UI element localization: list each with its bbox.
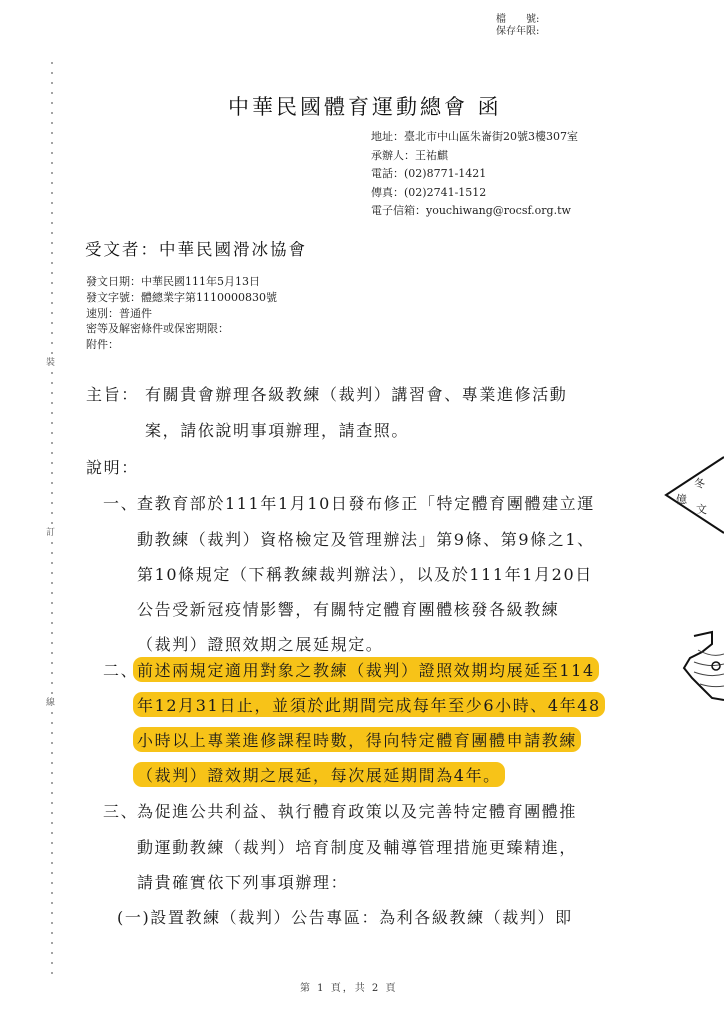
subject-line-2: 案，請依說明事項辦理，請查照。 bbox=[145, 418, 409, 441]
sub-item-one: (一)設置教練（裁判）公告專區：為利各級教練（裁判）即 bbox=[117, 905, 573, 928]
svg-text:億: 億 bbox=[676, 492, 688, 506]
issue-date: 發文日期：中華民國111年5月13日 bbox=[86, 274, 277, 290]
security-level: 密等及解密條件或保密期限： bbox=[86, 321, 277, 337]
item-one-line: 查教育部於111年1月10日發布修正「特定體育團體建立運 bbox=[137, 491, 595, 514]
document-number: 發文字號：體總業字第1110000830號 bbox=[86, 290, 277, 306]
item-one-marker: 一、 bbox=[103, 491, 138, 514]
address: 地址：臺北市中山區朱崙街20號3樓307室 bbox=[371, 128, 578, 147]
item-two-highlighted-line: 小時以上專業進修課程時數，得向特定體育團體申請教練 bbox=[133, 727, 581, 752]
item-three-line: 動運動教練（裁判）培育制度及輔導管理措施更臻精進， bbox=[137, 835, 577, 858]
margin-label-bind: 訂 bbox=[46, 524, 55, 539]
item-three-marker: 三、 bbox=[103, 799, 138, 822]
binding-margin-dots bbox=[51, 58, 53, 978]
item-two-highlighted-line: 前述兩規定適用對象之教練（裁判）證照效期均展延至114 bbox=[133, 657, 599, 682]
subject-label: 主旨： bbox=[86, 382, 139, 405]
fax: 傳真：(02)2741-1512 bbox=[371, 184, 578, 203]
retention-period-label: 保存年限: bbox=[496, 26, 539, 38]
svg-text:冬: 冬 bbox=[694, 476, 705, 490]
attachment: 附件： bbox=[86, 337, 277, 353]
item-one-line: （裁判）證照效期之展延規定。 bbox=[137, 632, 383, 655]
delivery-speed: 速別：普通件 bbox=[86, 306, 277, 322]
file-number-label: 檔 號: bbox=[496, 14, 539, 26]
filing-info: 檔 號: 保存年限: bbox=[496, 14, 539, 38]
item-one-line: 動教練（裁判）資格檢定及管理辦法」第9條、第9條之1、 bbox=[137, 527, 595, 550]
document-title: 中華民國體育運動總會 函 bbox=[228, 91, 502, 121]
phone: 電話：(02)8771-1421 bbox=[371, 165, 578, 184]
subject-line-1: 有關貴會辦理各級教練（裁判）講習會、專業進修活動 bbox=[145, 382, 567, 405]
email: 電子信箱：youchiwang@rocsf.org.tw bbox=[371, 202, 578, 221]
item-two-highlighted-line: 年12月31日止，並須於此期間完成每年至少6小時、4年48 bbox=[133, 692, 605, 717]
item-one-line: 公告受新冠疫情影響，有關特定體育團體核發各級教練 bbox=[137, 597, 559, 620]
recipient: 受文者：中華民國滑冰協會 bbox=[85, 236, 307, 260]
seal-stamp-fragment-icon bbox=[672, 630, 724, 702]
seal-stamp-fragment-icon: 冬 億 文 bbox=[660, 455, 724, 535]
contact-block: 地址：臺北市中山區朱崙街20號3樓307室 承辦人：王祐麒 電話：(02)877… bbox=[371, 128, 578, 221]
item-three-line: 請貴確實依下列事項辦理： bbox=[137, 870, 348, 893]
explanation-label: 說明： bbox=[86, 455, 139, 478]
item-three-line: 為促進公共利益、執行體育政策以及完善特定體育團體推 bbox=[137, 799, 577, 822]
handler: 承辦人：王祐麒 bbox=[371, 147, 578, 166]
document-meta: 發文日期：中華民國111年5月13日 發文字號：體總業字第1110000830號… bbox=[86, 274, 277, 353]
page-number: 第 1 頁，共 2 頁 bbox=[300, 979, 397, 994]
svg-text:文: 文 bbox=[696, 503, 707, 516]
margin-label-install: 裝 bbox=[46, 354, 55, 369]
item-two-highlighted-line: （裁判）證效期之展延，每次展延期間為4年。 bbox=[133, 762, 505, 787]
item-one-line: 第10條規定（下稱教練裁判辦法），以及於111年1月20日 bbox=[137, 562, 593, 585]
margin-label-line: 線 bbox=[46, 694, 55, 709]
